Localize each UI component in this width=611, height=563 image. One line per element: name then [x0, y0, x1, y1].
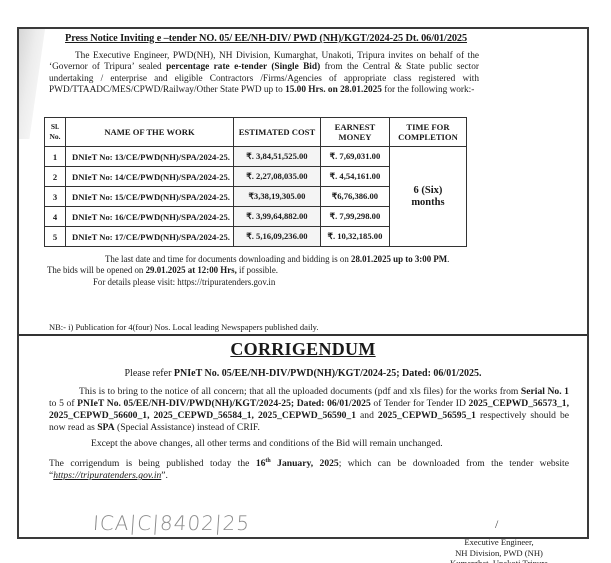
- estimated-cost-cell: ₹. 5,16,09,236.00: [233, 227, 320, 247]
- header-sl-no: Sl. No.: [45, 118, 66, 147]
- sl-cell: 4: [45, 207, 66, 227]
- earnest-money-cell: ₹. 10,32,185.00: [320, 227, 389, 247]
- signatory-division: NH Division, PWD (NH): [419, 548, 579, 559]
- estimated-cost-cell: ₹. 3,84,51,525.00: [233, 147, 320, 167]
- time-for-completion-cell: 6 (Six)months: [389, 147, 466, 247]
- work-name-cell: DNIeT No: 14/CE/PWD(NH)/SPA/2024-25.: [66, 167, 234, 187]
- intro-bold-bid-type: percentage rate e-tender (Single Bid): [166, 62, 320, 72]
- opening-date-value: 29.01.2025 at 12:00 Hrs,: [146, 265, 237, 275]
- last-date-suffix: .: [447, 254, 449, 264]
- work-name-cell: DNIeT No: 17/CE/PWD(NH)/SPA/2024-25.: [66, 227, 234, 247]
- earnest-money-cell: ₹. 7,69,031.00: [320, 147, 389, 167]
- bid-opening-line: The bids will be opened on 29.01.2025 at…: [47, 265, 278, 275]
- opening-text: The bids will be opened on: [47, 265, 146, 275]
- last-date-text: The last date and time for documents dow…: [105, 254, 351, 264]
- notice-intro: The Executive Engineer, PWD(NH), NH Divi…: [49, 51, 479, 96]
- last-date-value: 28.01.2025 up to 3:00 PM: [351, 254, 447, 264]
- header-name-of-work: NAME OF THE WORK: [66, 118, 234, 147]
- nb-note: NB:- i) Publication for 4(four) Nos. Loc…: [49, 322, 319, 332]
- corrigendum-reference: Please refer PNIeT No. 05/EE/NH-DIV/PWD(…: [19, 368, 587, 379]
- page-fold-shadow: [19, 29, 45, 139]
- emphasis-text: PNIeT No. 05/EE/NH-DIV/PWD(NH)/KGT/2024-…: [77, 398, 371, 409]
- paragraph-text: and: [356, 410, 378, 421]
- intro-text: for the following work:-: [382, 85, 474, 95]
- refer-value: PNIeT No. 05/EE/NH-DIV/PWD(NH)/KGT/2024-…: [174, 368, 482, 379]
- paragraph-text: (Special Assistance) instead of CRIF.: [115, 422, 260, 433]
- tender-website-link[interactable]: https://tripuratenders.gov.in: [53, 470, 161, 481]
- emphasis-text: 2025_CEPWD_56595_1: [378, 410, 476, 421]
- signatory-block: Executive Engineer, NH Division, PWD (NH…: [419, 537, 579, 563]
- document-page: Press Notice Inviting e –tender NO. 05/ …: [17, 27, 589, 539]
- estimated-cost-cell: ₹3,38,19,305.00: [233, 187, 320, 207]
- signatory-title: Executive Engineer,: [419, 537, 579, 548]
- publish-month: January, 2025: [271, 458, 339, 469]
- details-line: For details please visit: https://tripur…: [93, 277, 275, 287]
- works-table: Sl. No. NAME OF THE WORK ESTIMATED COST …: [44, 117, 467, 247]
- header-earnest-money: EARNEST MONEY: [320, 118, 389, 147]
- last-date-line: The last date and time for documents dow…: [105, 254, 449, 264]
- notice-title: Press Notice Inviting e –tender NO. 05/ …: [65, 33, 467, 44]
- intro-bold-deadline: 15.00 Hrs. on 28.01.2025: [285, 85, 382, 95]
- corrigendum-heading: CORRIGENDUM: [19, 339, 587, 360]
- sl-cell: 1: [45, 147, 66, 167]
- refer-text: Please refer: [124, 368, 173, 379]
- earnest-money-cell: ₹. 4,54,161.00: [320, 167, 389, 187]
- work-name-cell: DNIeT No: 15/CE/PWD(NH)/SPA/2024-25.: [66, 187, 234, 207]
- publish-day: 16: [256, 458, 266, 469]
- emphasis-text: SPA: [97, 422, 114, 433]
- table-header-row: Sl. No. NAME OF THE WORK ESTIMATED COST …: [45, 118, 467, 147]
- paragraph-text: to 5 of: [49, 398, 77, 409]
- section-divider: [19, 334, 587, 336]
- completion-unit: months: [393, 197, 463, 209]
- emphasis-text: Serial No. 1: [521, 386, 569, 397]
- paragraph-text: of Tender for Tender ID: [371, 398, 469, 409]
- sl-cell: 2: [45, 167, 66, 187]
- header-estimated-cost: ESTIMATED COST: [233, 118, 320, 147]
- opening-suffix: if possible.: [237, 265, 278, 275]
- signature-mark: /: [495, 517, 498, 532]
- header-time-for-completion: TIME FOR COMPLETION: [389, 118, 466, 147]
- sl-cell: 5: [45, 227, 66, 247]
- earnest-money-cell: ₹6,76,386.00: [320, 187, 389, 207]
- corrigendum-paragraph-1: This is to bring to the notice of all co…: [49, 386, 569, 434]
- paragraph-text: This is to bring to the notice of all co…: [79, 386, 521, 397]
- estimated-cost-cell: ₹. 3,99,64,882.00: [233, 207, 320, 227]
- work-name-cell: DNIeT No: 13/CE/PWD(NH)/SPA/2024-25.: [66, 147, 234, 167]
- corrigendum-paragraph-3: The corrigendum is being published today…: [49, 455, 569, 482]
- corrigendum-paragraph-2: Except the above changes, all other term…: [49, 438, 569, 450]
- estimated-cost-cell: ₹. 2,27,08,035.00: [233, 167, 320, 187]
- work-name-cell: DNIeT No: 16/CE/PWD(NH)/SPA/2024-25.: [66, 207, 234, 227]
- handwritten-reference: ICA|C|8402|25: [92, 511, 251, 535]
- table-row: 1DNIeT No: 13/CE/PWD(NH)/SPA/2024-25.₹. …: [45, 147, 467, 167]
- unchanged-terms-text: Except the above changes, all other term…: [91, 438, 443, 449]
- publish-text: The corrigendum is being published today…: [49, 458, 256, 469]
- sl-cell: 3: [45, 187, 66, 207]
- earnest-money-cell: ₹. 7,99,298.00: [320, 207, 389, 227]
- signatory-location: Kumarghat, Unakoti Tripura: [419, 558, 579, 563]
- publish-end: ”.: [161, 470, 168, 481]
- completion-duration: 6 (Six): [393, 185, 463, 197]
